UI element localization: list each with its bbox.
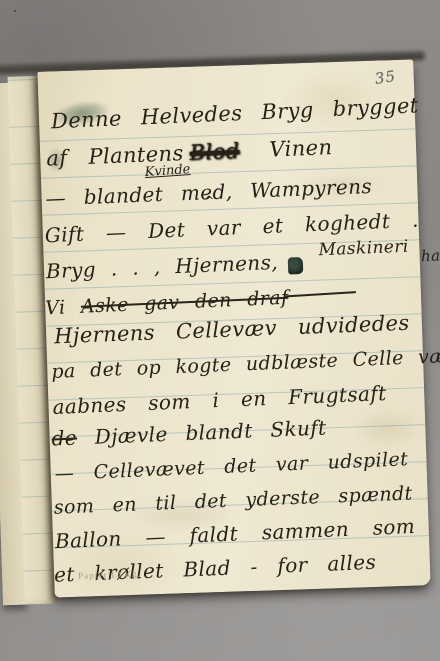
notebook: 35 Denne Helvedes Bryg brygget af Plante… [0,45,440,612]
struck-word: Blod [189,139,240,165]
page-number: 35 [373,67,397,88]
struck-word: de [51,426,77,451]
photo-background: 35 Denne Helvedes Bryg brygget af Plante… [0,0,440,661]
ink-blot [288,257,304,275]
paper-weight-stamp: Papier 13 Kg. [78,569,141,581]
handwriting-word: Maskineri [318,237,409,261]
dust-speck [14,10,16,12]
notebook-page: 35 Denne Helvedes Bryg brygget af Plante… [37,59,430,597]
inserted-word: Kvinde [144,162,191,180]
handwriting-word: Vinen [269,135,333,162]
handwriting-word: Vi [45,296,66,319]
handwriting-word: havde du [421,244,440,265]
